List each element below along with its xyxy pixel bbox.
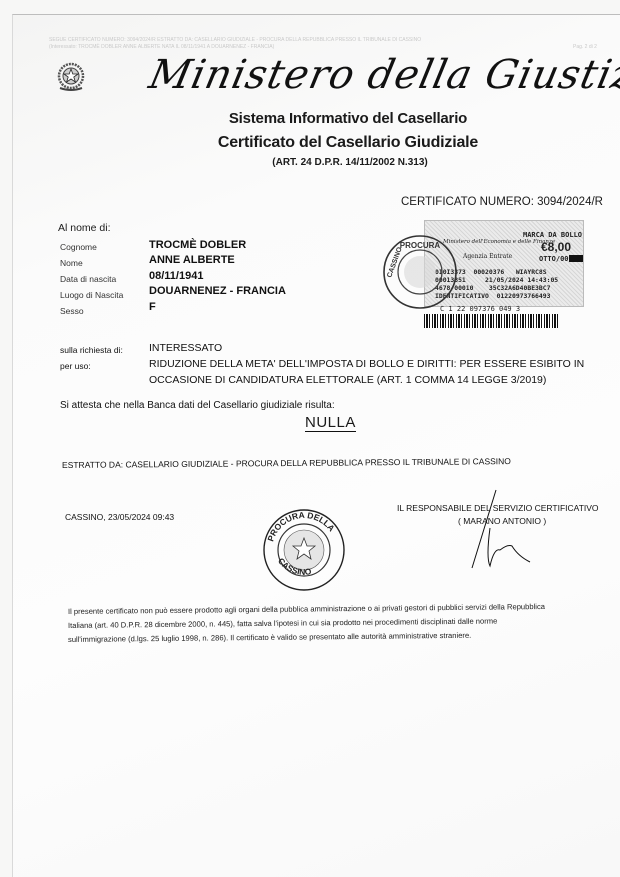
ministry-title: Ministero della Giustizia (145, 52, 620, 98)
legal-reference: (ART. 24 D.P.R. 14/11/2002 N.313) (40, 157, 620, 168)
stamp-agency: Agenzia Entrate (463, 253, 512, 260)
procura-seal-icon: PROCURA CASSINO (380, 232, 460, 312)
bleed-text-line2: (Interessato: TROCMÈ DOBLER ANNE ALBERTE… (49, 44, 274, 50)
svg-text:CASSINO: CASSINO (386, 246, 404, 279)
field-value-sex: F (149, 301, 156, 313)
use-value-line1: RIDUZIONE DELLA META' DELL'IMPOSTA DI BO… (149, 358, 584, 370)
certificate-number: CERTIFICATO NUMERO: 3094/2024/R (401, 196, 603, 208)
system-title: Sistema Informativo del Casellario (38, 110, 620, 127)
stamp-type: MARCA DA BOLLO (523, 231, 582, 239)
attestation-text: Si attesta che nella Banca dati del Case… (60, 400, 335, 411)
stamp-code: OTTO/00 (539, 255, 569, 263)
stamp-black-mark (569, 255, 583, 262)
subject-intro: Al nome di: (58, 222, 111, 234)
requester-label: sulla richiesta di: (60, 345, 123, 355)
use-value-line2: OCCASIONE DI CANDIDATURA ELETTORALE (ART… (149, 374, 546, 386)
procura-della-repubblica-seal-icon: PROCURA DELLA CASSINO (262, 508, 346, 592)
bleed-page-number: Pag. 2 di 2 (573, 44, 597, 50)
field-value-birthdate: 08/11/1941 (149, 270, 203, 282)
field-label-birthdate: Data di nascita (60, 274, 116, 284)
field-label-birthplace: Luogo di Nascita (60, 290, 123, 300)
field-value-birthplace: DOUARNENEZ - FRANCIA (149, 285, 286, 297)
bleed-text-line1: SEGUE CERTIFICATO NUMERO: 3094/2024/R ES… (49, 37, 421, 43)
italian-emblem-icon (54, 59, 88, 95)
svg-text:PROCURA: PROCURA (400, 241, 441, 250)
issue-place-date: CASSINO, 23/05/2024 09:43 (65, 512, 174, 522)
stamp-barcode (424, 314, 558, 328)
certificate-number-value: 3094/2024/R (537, 196, 603, 208)
stamp-amount: €8,00 (541, 240, 571, 254)
use-label: per uso: (60, 361, 91, 371)
certificate-title: Certificato del Casellario Giudiziale (38, 134, 620, 152)
field-value-nome: ANNE ALBERTE (149, 254, 235, 266)
field-label-nome: Nome (60, 258, 83, 268)
field-label-cognome: Cognome (60, 242, 97, 252)
requester-value: INTERESSATO (149, 342, 222, 354)
field-label-sex: Sesso (60, 306, 84, 316)
field-value-cognome: TROCMÈ DOBLER (149, 239, 246, 251)
certificate-number-label: CERTIFICATO NUMERO: (401, 196, 534, 208)
handwritten-signature (460, 488, 540, 578)
result-outcome: NULLA (305, 414, 356, 432)
